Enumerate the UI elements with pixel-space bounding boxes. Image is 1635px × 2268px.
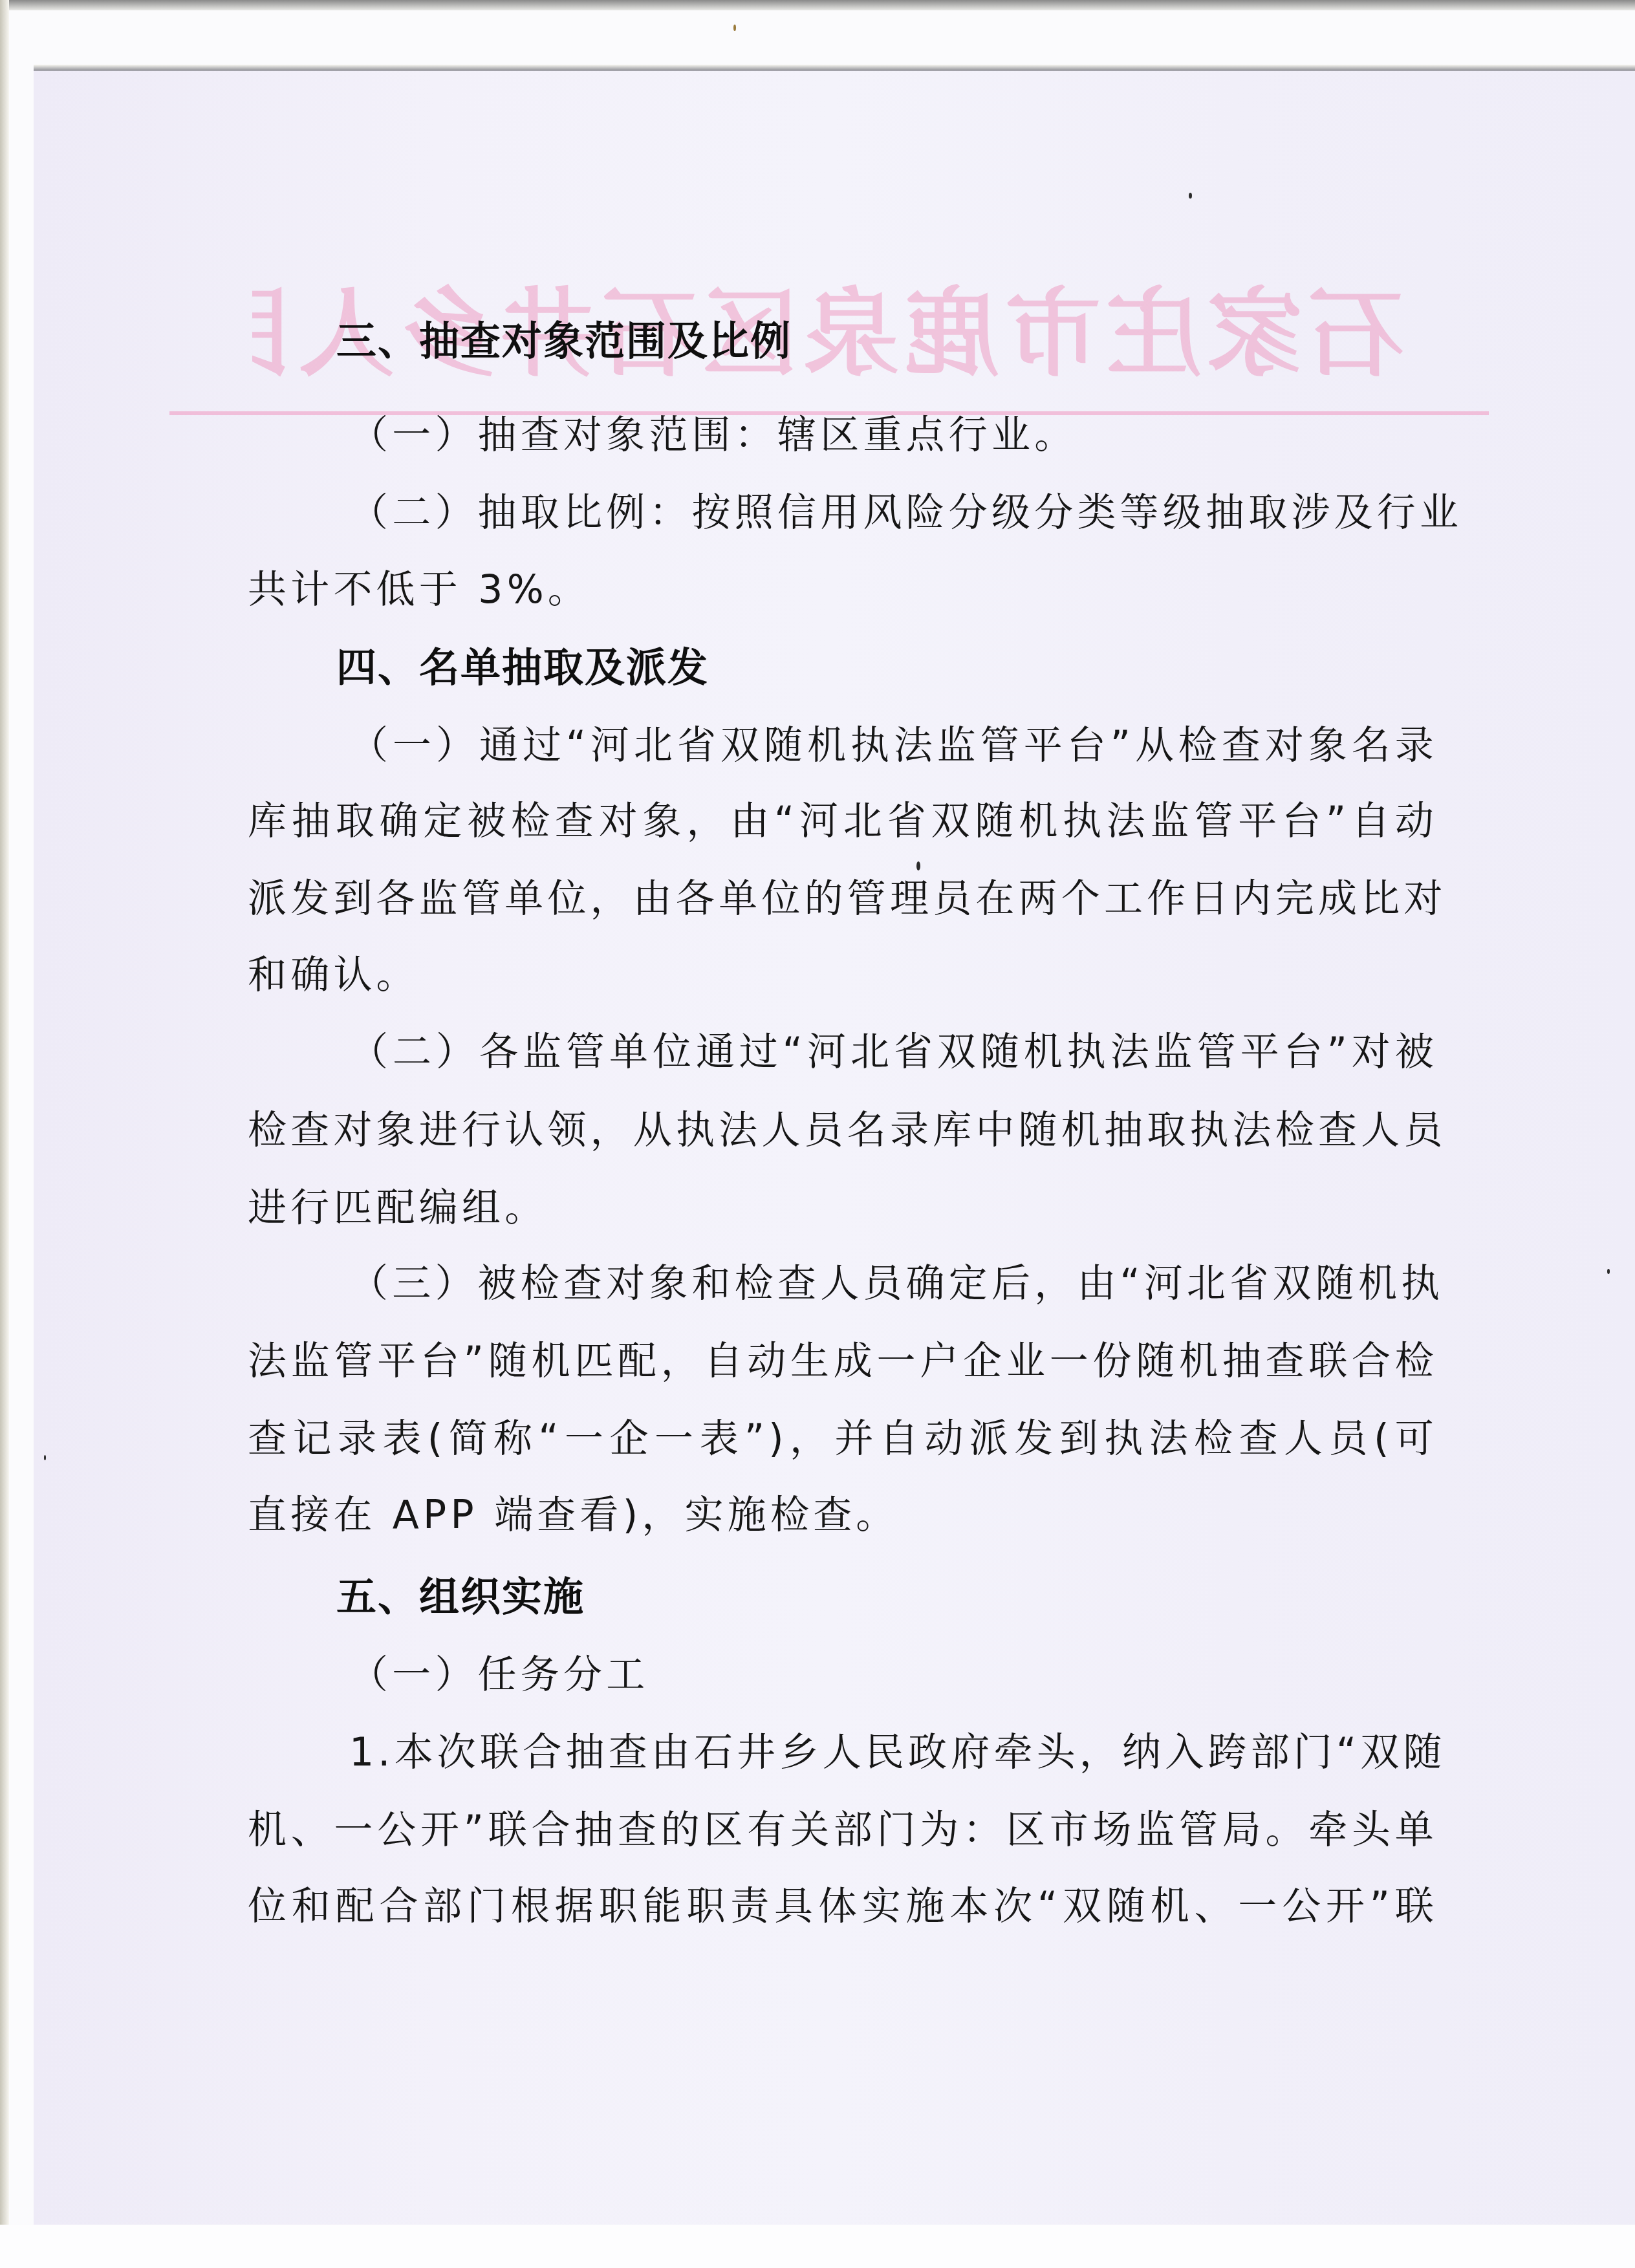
section-heading-4: 四、名单抽取及派发 <box>336 641 1526 695</box>
scan-speck <box>1607 1269 1610 1274</box>
scan-edge-left <box>0 0 9 2268</box>
subsection-heading: （一）任务分工 <box>349 1648 1438 1702</box>
scan-speck <box>733 25 736 31</box>
paragraph-line: 直接在 APP 端查看)，实施检查。 <box>248 1488 1438 1542</box>
paragraph-line: （一）通过“河北省双随机执法监管平台”从检查对象名录 <box>349 718 1438 773</box>
paragraph-line: 位和配合部门根据职能职责具体实施本次“双随机、一公开”联 <box>248 1879 1438 1934</box>
paragraph-line: 共计不低于 3%。 <box>248 563 1438 617</box>
paragraph-line: 进行匹配编组。 <box>248 1181 1438 1235</box>
paragraph-line: 机、一公开”联合抽查的区有关部门为：区市场监管局。牵头单 <box>248 1803 1438 1857</box>
scan-speck <box>44 1455 46 1460</box>
paragraph-line: （三）被检查对象和检查人员确定后，由“河北省双随机执 <box>349 1257 1438 1311</box>
scan-speck <box>1189 193 1192 199</box>
paragraph-line: 派发到各监管单位，由各单位的管理员在两个工作日内完成比对 <box>248 872 1438 926</box>
scan-bottom-margin <box>0 2225 1635 2268</box>
paragraph-line: （一）抽查对象范围：辖区重点行业。 <box>349 408 1438 462</box>
paragraph-line: （二）抽取比例：按照信用风险分级分类等级抽取涉及行业 <box>349 486 1438 540</box>
scan-edge-top <box>0 0 1635 10</box>
paragraph-line: 1.本次联合抽查由石井乡人民政府牵头，纳入跨部门“双随 <box>349 1725 1438 1780</box>
section-heading-5: 五、组织实施 <box>336 1570 1526 1625</box>
section-heading-3: 三、抽查对象范围及比例 <box>336 314 1526 369</box>
paragraph-line: 法监管平台”随机匹配，自动生成一户企业一份随机抽查联合检 <box>248 1334 1438 1388</box>
paragraph-line: 查记录表(简称“一企一表”)，并自动派发到执法检查人员(可 <box>248 1412 1438 1466</box>
paragraph-line: 和确认。 <box>248 948 1438 1002</box>
paragraph-line: 检查对象进行认领，从执法人员名录库中随机抽取执法检查人员 <box>248 1103 1438 1158</box>
scan-speck <box>916 861 920 870</box>
paragraph-line: 库抽取确定被检查对象，由“河北省双随机执法监管平台”自动 <box>248 794 1438 848</box>
paragraph-line: （二）各监管单位通过“河北省双随机执法监管平台”对被 <box>349 1025 1438 1079</box>
